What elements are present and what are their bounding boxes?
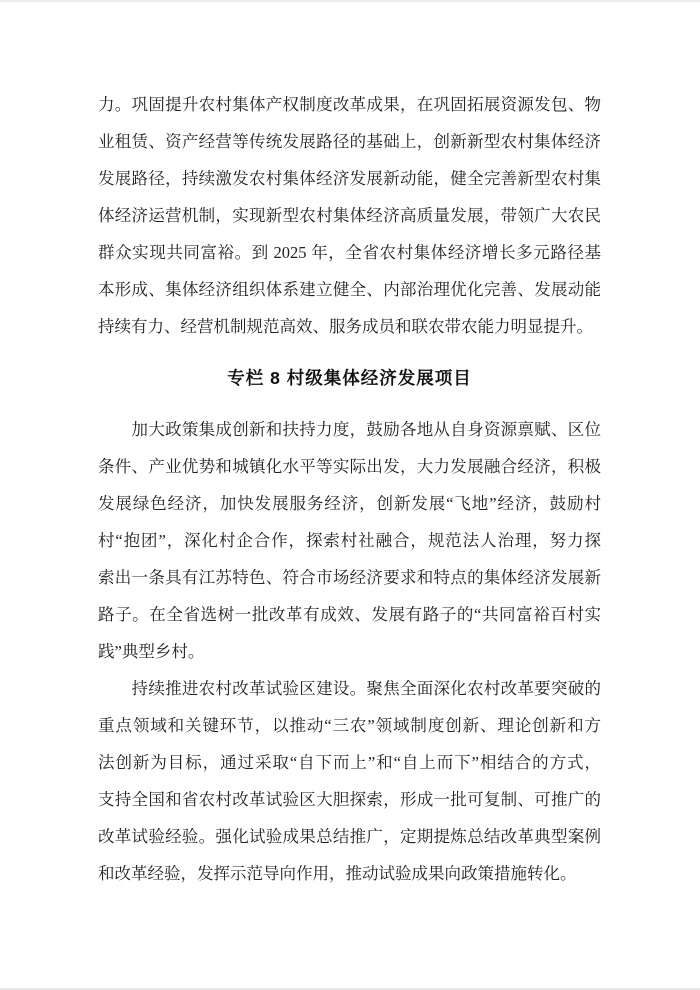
paragraph-policy-support: 加大政策集成创新和扶持力度，鼓励各地从自身资源禀赋、区位条件、产业优势和城镇化水… xyxy=(98,411,601,670)
text-line: 村“抱团”，深化村企合作，探索村社融合，规范法人治理，努力探 xyxy=(98,522,601,559)
paragraph-continuation: 力。巩固提升农村集体产权制度改革成果，在巩固拓展资源发包、物业租赁、资产经营等传… xyxy=(98,86,601,345)
text-line: 体经济运营机制，实现新型农村集体经济高质量发展，带领广大农民 xyxy=(98,197,601,234)
text-line: 和改革经验，发挥示范导向作用，推动试验成果向政策措施转化。 xyxy=(98,855,601,892)
box-heading: 专栏 8 村级集体经济发展项目 xyxy=(98,345,601,411)
text-line: 索出一条具有江苏特色、符合市场经济要求和特点的集体经济发展新 xyxy=(98,559,601,596)
text-line: 路子。在全省选树一批改革有成效、发展有路子的“共同富裕百村实 xyxy=(98,596,601,633)
text-line: 法创新为目标，通过采取“自下而上”和“自上而下”相结合的方式， xyxy=(98,744,601,781)
text-line: 本形成、集体经济组织体系建立健全、内部治理优化完善、发展动能 xyxy=(98,271,601,308)
text-line: 群众实现共同富裕。到 2025 年，全省农村集体经济增长多元路径基 xyxy=(98,234,601,271)
text-line: 条件、产业优势和城镇化水平等实际出发，大力发展融合经济，积极 xyxy=(98,448,601,485)
text-line: 改革试验经验。强化试验成果总结推广，定期提炼总结改革典型案例 xyxy=(98,818,601,855)
text-line: 持续有力、经营机制规范高效、服务成员和联农带农能力明显提升。 xyxy=(98,308,601,345)
text-line: 践”典型乡村。 xyxy=(98,633,601,670)
text-block: 力。巩固提升农村集体产权制度改革成果，在巩固拓展资源发包、物业租赁、资产经营等传… xyxy=(98,86,601,892)
text-line: 发展绿色经济，加快发展服务经济，创新发展“飞地”经济，鼓励村 xyxy=(98,485,601,522)
paragraph-reform-pilot: 持续推进农村改革试验区建设。聚焦全面深化农村改革要突破的重点领域和关键环节，以推… xyxy=(98,670,601,892)
text-line: 持续推进农村改革试验区建设。聚焦全面深化农村改革要突破的 xyxy=(98,670,601,707)
text-line: 支持全国和省农村改革试验区大胆探索，形成一批可复制、可推广的 xyxy=(98,781,601,818)
document-page: 力。巩固提升农村集体产权制度改革成果，在巩固拓展资源发包、物业租赁、资产经营等传… xyxy=(0,0,700,990)
text-line: 力。巩固提升农村集体产权制度改革成果，在巩固拓展资源发包、物 xyxy=(98,86,601,123)
text-line: 重点领域和关键环节，以推动“三农”领域制度创新、理论创新和方 xyxy=(98,707,601,744)
text-line: 加大政策集成创新和扶持力度，鼓励各地从自身资源禀赋、区位 xyxy=(98,411,601,448)
text-line: 发展路径，持续激发农村集体经济发展新动能，健全完善新型农村集 xyxy=(98,160,601,197)
text-line: 业租赁、资产经营等传统发展路径的基础上，创新新型农村集体经济 xyxy=(98,123,601,160)
scan-edge-top xyxy=(0,0,700,2)
